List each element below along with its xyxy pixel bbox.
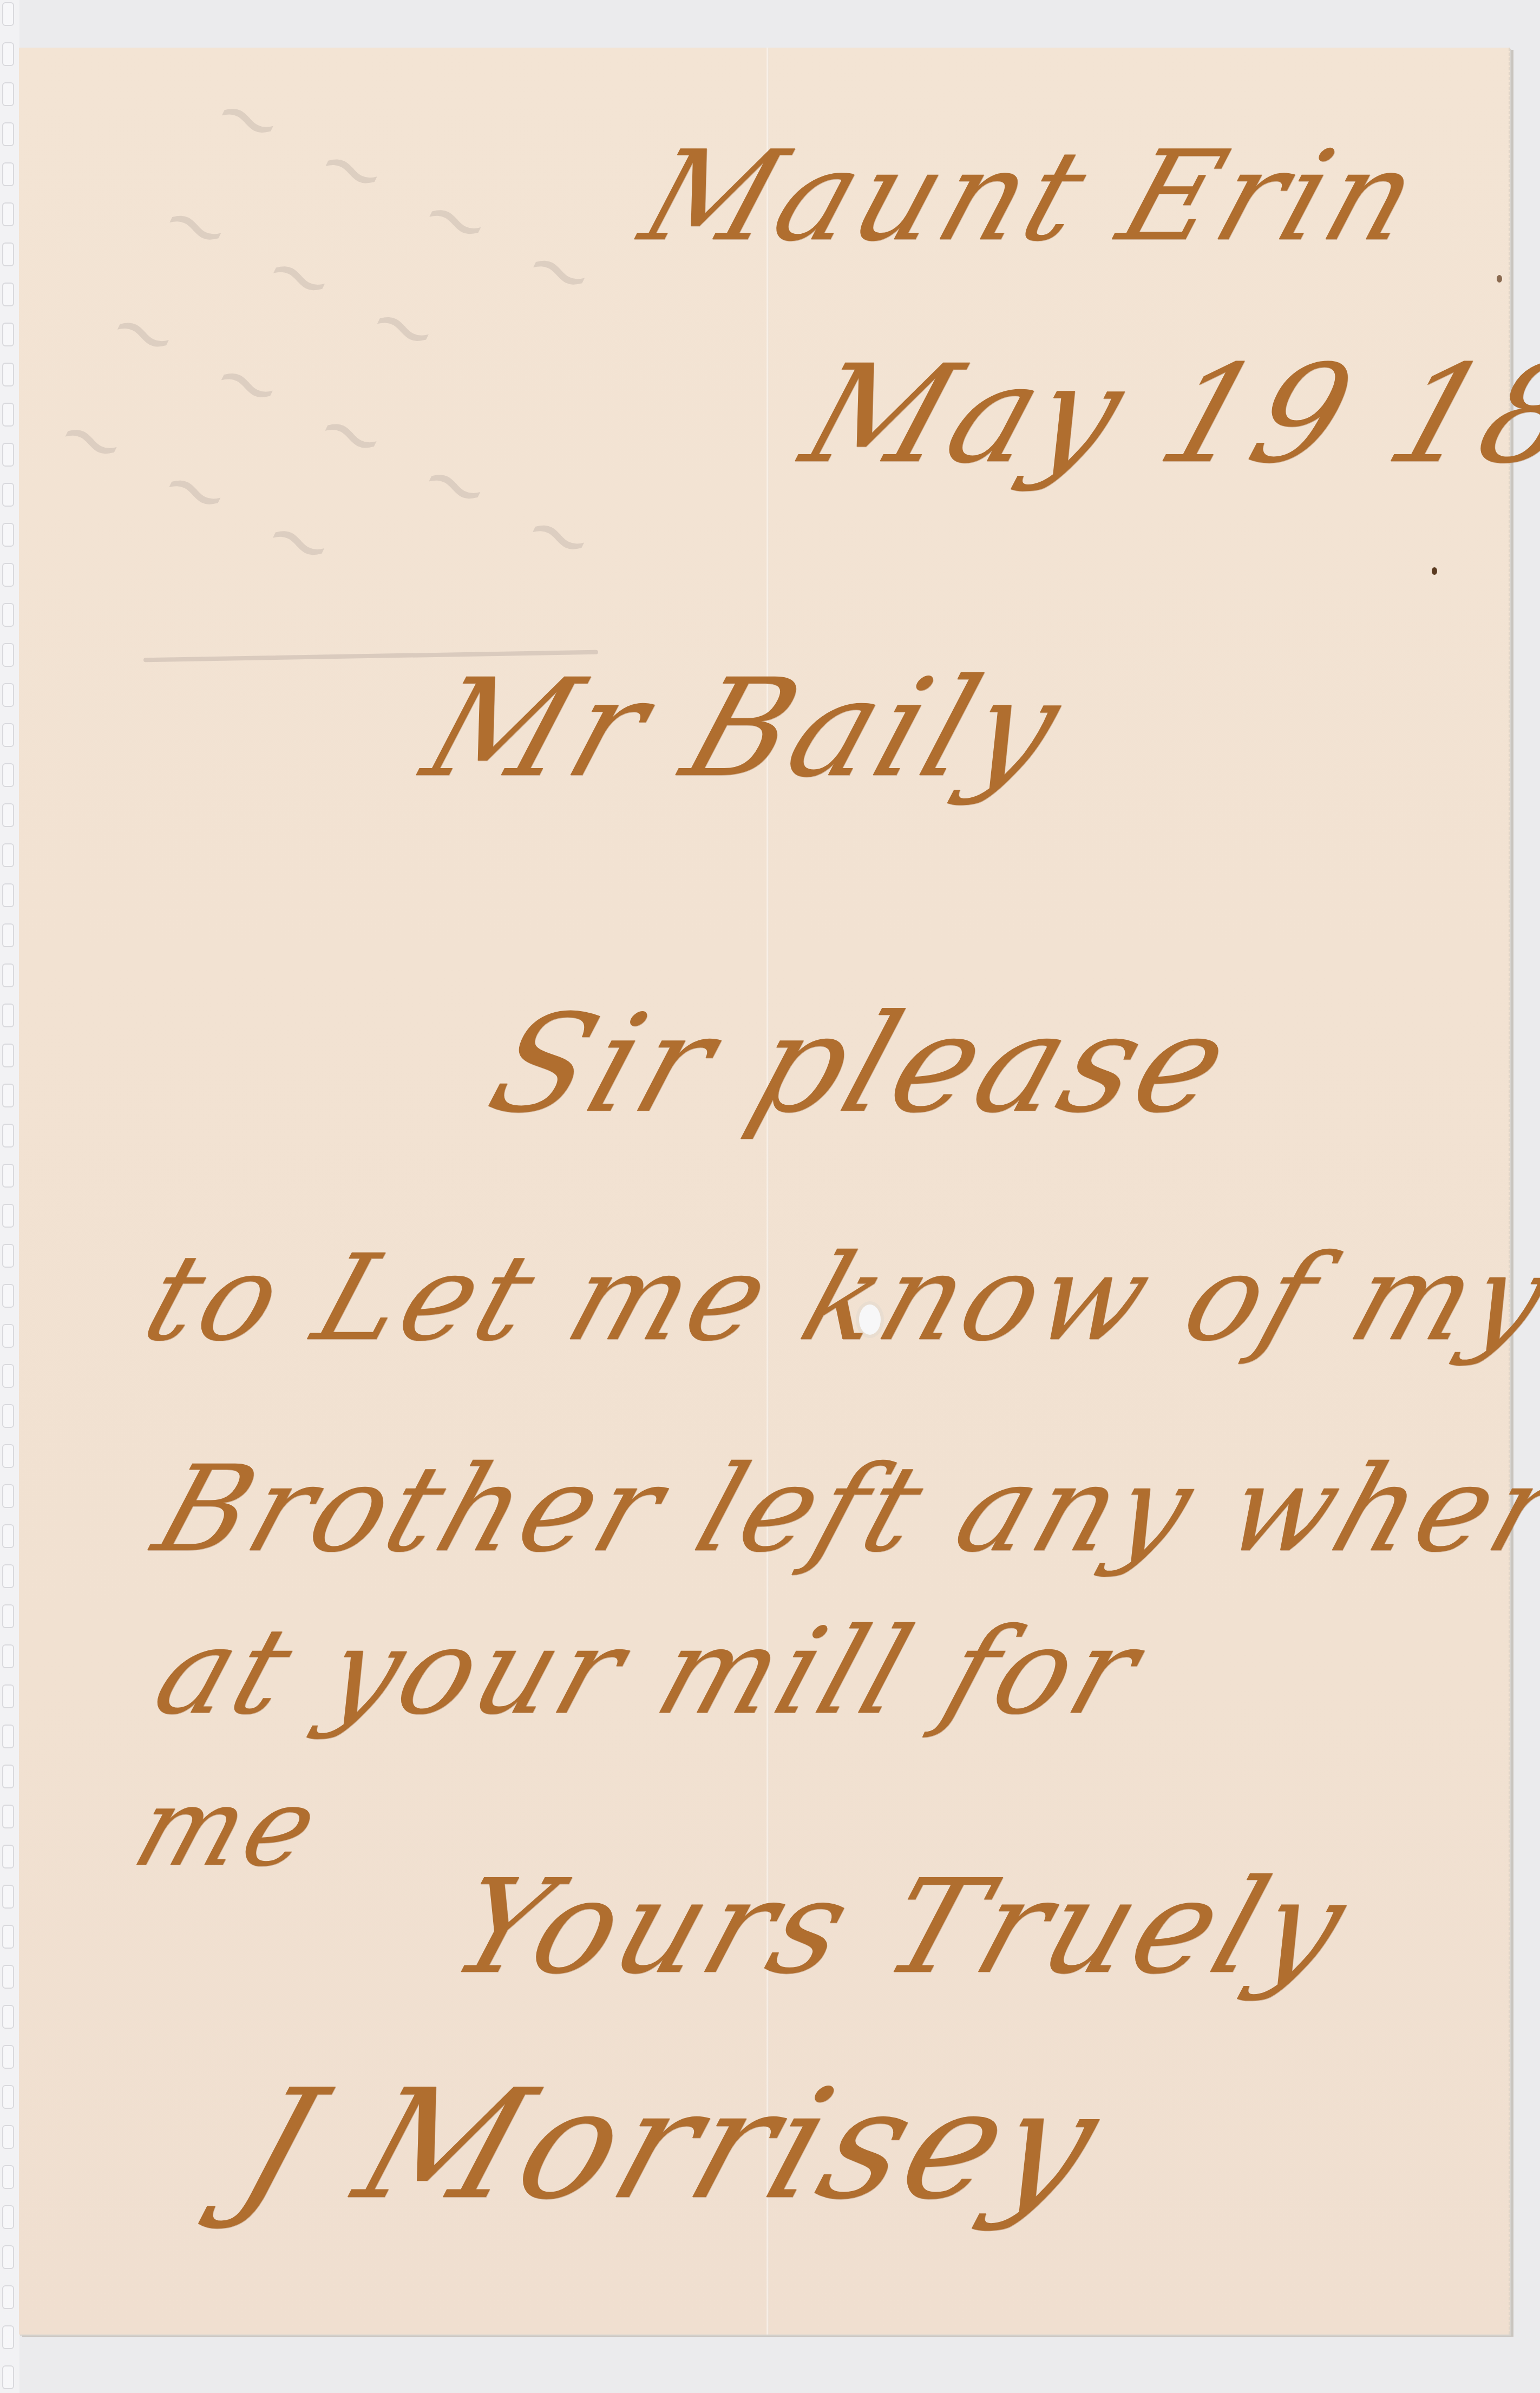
sleeve-hole [2, 1244, 14, 1268]
sleeve-hole [2, 1524, 14, 1548]
sleeve-hole [2, 563, 14, 587]
sleeve-perforation-strip [0, 0, 19, 2393]
sleeve-hole [2, 82, 14, 106]
letter-closing: Yours Truely [436, 1851, 1368, 2003]
sleeve-hole [2, 1324, 14, 1348]
sleeve-hole [2, 1805, 14, 1828]
sleeve-hole [2, 603, 14, 627]
sleeve-hole [2, 1204, 14, 1228]
ink-speck [1497, 275, 1502, 283]
sleeve-hole [2, 1765, 14, 1788]
letter-opening: Sir please [473, 985, 1251, 1143]
sleeve-hole [2, 1484, 14, 1508]
letter-body-line: at your mill for [140, 1602, 1159, 1741]
sleeve-hole [2, 483, 14, 507]
sleeve-hole [2, 2245, 14, 2269]
letter-body-line: to Let me know of my [129, 1229, 1540, 1367]
sleeve-hole [2, 242, 14, 266]
sleeve-hole [2, 2365, 14, 2389]
sleeve-hole [2, 323, 14, 346]
sleeve-hole [2, 2045, 14, 2069]
sleeve-hole [2, 2125, 14, 2149]
sleeve-hole [2, 1845, 14, 1868]
sleeve-hole [2, 1444, 14, 1468]
sleeve-hole [2, 162, 14, 186]
letter-signature: J Morrisey [220, 2057, 1123, 2233]
letter-place: Maunt Erin [626, 124, 1439, 269]
sleeve-hole [2, 2285, 14, 2309]
sleeve-hole [2, 1124, 14, 1148]
sleeve-hole [2, 723, 14, 747]
letter-salutation: Mr Baily [408, 650, 1083, 807]
sleeve-hole [2, 803, 14, 827]
sleeve-hole [2, 1004, 14, 1027]
sleeve-hole [2, 683, 14, 707]
sleeve-hole [2, 643, 14, 667]
sleeve-hole [2, 923, 14, 947]
letter-body-line: Brother left any where [140, 1440, 1540, 1578]
sleeve-hole [2, 843, 14, 867]
sleeve-hole [2, 443, 14, 467]
sleeve-hole [2, 1284, 14, 1308]
sleeve-hole [2, 2085, 14, 2109]
sleeve-hole [2, 1885, 14, 1909]
sleeve-hole [2, 1044, 14, 1067]
sleeve-hole [2, 42, 14, 66]
sleeve-hole [2, 2005, 14, 2029]
sleeve-hole [2, 1604, 14, 1628]
sleeve-hole [2, 883, 14, 907]
sleeve-hole [2, 2205, 14, 2229]
sleeve-hole [2, 2165, 14, 2189]
sleeve-hole [2, 363, 14, 386]
sleeve-hole [2, 963, 14, 987]
sleeve-hole [2, 1564, 14, 1588]
sleeve-hole [2, 1364, 14, 1388]
sleeve-hole [2, 1164, 14, 1188]
sleeve-hole [2, 122, 14, 146]
sleeve-hole [2, 1684, 14, 1708]
sleeve-hole [2, 202, 14, 226]
sleeve-hole [2, 2325, 14, 2349]
sleeve-hole [2, 1725, 14, 1748]
sleeve-hole [2, 283, 14, 306]
sleeve-hole [2, 1404, 14, 1428]
sleeve-hole [2, 1084, 14, 1107]
letter-date: May 19 1865 [787, 336, 1540, 493]
sleeve-hole [2, 1965, 14, 1989]
sleeve-hole [2, 2, 14, 26]
sleeve-hole [2, 763, 14, 787]
sleeve-hole [2, 403, 14, 427]
sleeve-hole [2, 1644, 14, 1668]
sleeve-hole [2, 1925, 14, 1949]
ink-speck [1432, 567, 1437, 575]
